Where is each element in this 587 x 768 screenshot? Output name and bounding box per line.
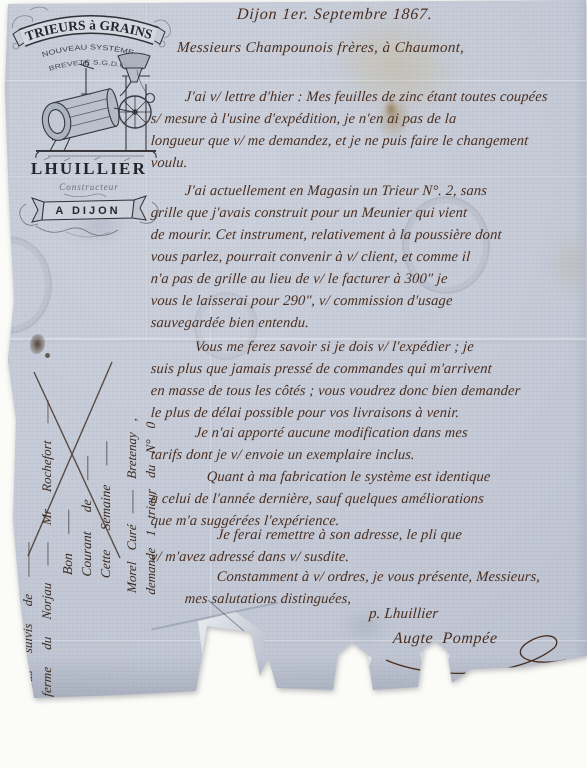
body-line: Constamment à v/ ordres, je vous présent… [150, 566, 587, 588]
letterhead-name: LHUILLIER [31, 159, 147, 178]
torn-flap-large [198, 612, 266, 674]
letterhead-role: Constructeur [59, 182, 119, 192]
date-line: Dijon 1er. Septembre 1867. [236, 6, 432, 28]
margin-note-1: Morel Curé —— Bretenay , demande 1 trieu… [122, 417, 160, 595]
body-line: longueur que v/ me demandez, et je ne pu… [150, 130, 587, 152]
body-line: suis plus que jamais pressé de commandes… [150, 358, 587, 380]
signature-line-2: Augte. Pompée [392, 630, 497, 652]
body-line: à celui de l'année dernière, sauf quelqu… [150, 488, 587, 510]
body-line: n'a pas de grille au lieu de v/ le factu… [150, 268, 587, 290]
body-line: J'ai actuellement en Magasin un Trieur N… [150, 180, 587, 202]
body-line: grille que j'avais construit pour un Meu… [150, 202, 587, 224]
paper-bottom-edge-shade [0, 655, 587, 700]
letterhead-subtitle-2: BREVETÉ S.G.D.G. [48, 57, 130, 72]
margin-note-line: Morel Curé —— Bretenay , [122, 417, 141, 594]
body-line: sauvegardée bien entendu. [150, 312, 587, 334]
salutation-line: Messieurs Champounois frères, à Chaumont… [176, 40, 464, 62]
body-line: Je ferai remettre à son adresse, le pli … [150, 524, 587, 546]
body-paragraph-1: J'ai v/ lettre d'hier : Mes feuilles de … [150, 86, 587, 174]
margin-note-line: ferme du Norjau —— Mr Rochefort —— [37, 399, 56, 697]
body-line: voulu. [150, 152, 587, 174]
paper-shadow-wrap: TRIEURS à GRAINS NOUVEAU SYSTÈME BREVETÉ… [0, 0, 587, 768]
salutation-text: Messieurs Champounois frères, à Chaumont… [176, 40, 465, 62]
margin-note-line: demande 1 trieur du N° 0 [141, 419, 160, 596]
body-paragraph-3: Vous me ferez savoir si je dois v/ l'exp… [150, 336, 587, 424]
signature-name: Augte. Pompée [392, 630, 498, 652]
margin-note-line: Bon —— [58, 437, 77, 576]
body-line: en masse de tous les côtés ; vous voudre… [150, 380, 587, 402]
margin-note-line: Cette Semaine —— [96, 440, 115, 579]
fold-crease-horizontal-4 [0, 640, 587, 643]
body-paragraph-6: Je ferai remettre à son adresse, le pli … [150, 524, 587, 568]
body-line: Je n'ai apporté aucune modification dans… [150, 422, 587, 444]
body-line: vous le laisserai pour 290″, v/ commissi… [150, 290, 587, 312]
body-line: s/ mesure à l'usine d'expédition, je n'e… [150, 108, 587, 130]
body-line: le plus de délai possible pour vos livra… [150, 402, 587, 424]
body-line: tarifs dont je v/ envoie un exemplaire i… [150, 444, 587, 466]
scan-background: TRIEURS à GRAINS NOUVEAU SYSTÈME BREVETÉ… [0, 0, 587, 768]
body-paragraph-2: J'ai actuellement en Magasin un Trieur N… [150, 180, 587, 334]
body-line: v/ m'avez adressé dans v/ susdite. [150, 546, 587, 568]
ink-blot [30, 334, 45, 354]
body-line: vous parlez, pourrait convenir à v/ clie… [150, 246, 587, 268]
letter-paper: TRIEURS à GRAINS NOUVEAU SYSTÈME BREVETÉ… [0, 0, 587, 700]
body-line: Vous me ferez savoir si je dois v/ l'exp… [150, 336, 587, 358]
letterhead-city: A DIJON [55, 205, 120, 217]
signature-name-proxy: p. Lhuillier [368, 606, 439, 628]
role-underline-flourish [64, 194, 106, 197]
margin-note-line: Courant de —— [77, 439, 96, 578]
torn-flap-small-1 [338, 646, 372, 686]
body-line: de mourir. Cet instrument, relativement … [150, 224, 587, 246]
body-paragraph-5: Quant à ma fabrication le système est id… [150, 466, 587, 532]
margin-note-2: Bon —— Courant de —— Cette Semaine —— [58, 437, 115, 579]
body-line: Quant à ma fabrication le système est id… [150, 466, 587, 488]
body-paragraph-7: Constamment à v/ ordres, je vous présent… [150, 566, 587, 610]
ink-blot-dot [45, 353, 50, 358]
embossed-stamp-2 [0, 236, 52, 334]
signature-line-1: p. Lhuillier [368, 606, 437, 628]
body-paragraph-4: Je n'ai apporté aucune modification dans… [150, 422, 587, 466]
margin-note-line: Sous suivis de ——— [18, 398, 37, 696]
margin-note-3: Sous suivis de ——— ferme du Norjau —— Mr… [18, 398, 56, 698]
body-line: J'ai v/ lettre d'hier : Mes feuilles de … [150, 86, 587, 108]
date-text: Dijon 1er. Septembre 1867. [236, 6, 433, 28]
